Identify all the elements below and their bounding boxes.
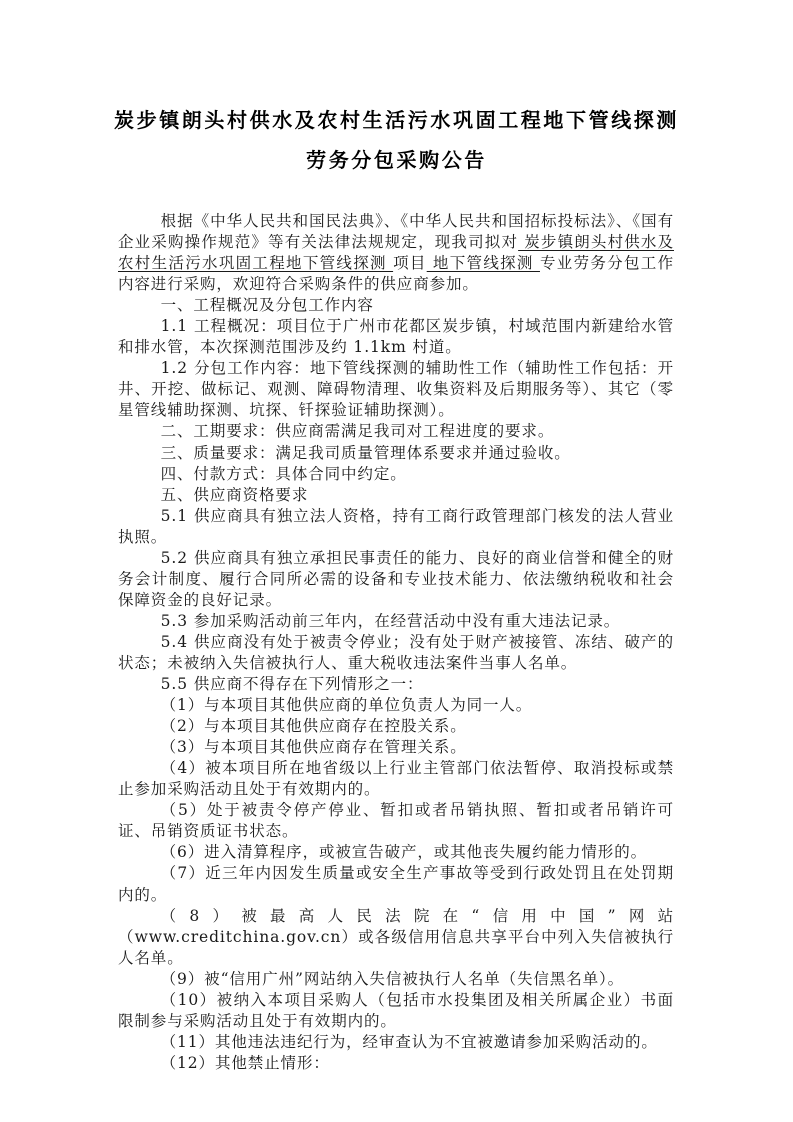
exclusion-item-5: （5）处于被责令停产停业、暂扣或者吊销执照、暂扣或者吊销许可证、吊销资质证书状态… <box>118 800 674 842</box>
section-5-1: 5.1 供应商具有独立法人资格，持有工商行政管理部门核发的法人营业执照。 <box>118 506 674 548</box>
section-2-schedule: 二、工期要求：供应商需满足我司对工程进度的要求。 <box>118 421 674 442</box>
section-5-3: 5.3 参加采购活动前三年内，在经营活动中没有重大违法记录。 <box>118 611 674 632</box>
exclusion-item-10: （10）被纳入本项目采购人（包括市水投集团及相关所属企业）书面限制参与采购活动且… <box>118 990 674 1032</box>
section-heading-5: 五、供应商资格要求 <box>118 485 674 506</box>
exclusion-item-11: （11）其他违法违纪行为，经审查认为不宜被邀请参加采购活动的。 <box>118 1032 674 1053</box>
exclusion-item-4: （4）被本项目所在地省级以上行业主管部门依法暂停、取消投标或禁止参加采购活动且处… <box>118 758 674 800</box>
document-title: 炭步镇朗头村供水及农村生活污水巩固工程地下管线探测 <box>0 106 793 134</box>
exclusion-item-7: （7）近三年内因发生质量或安全生产事故等受到行政处罚且在处罚期内的。 <box>118 863 674 905</box>
document-subtitle: 劳务分包采购公告 <box>0 146 793 174</box>
document-page: 炭步镇朗头村供水及农村生活污水巩固工程地下管线探测 劳务分包采购公告 根据《中华… <box>0 0 793 1122</box>
intro-text-2: 项目 <box>393 254 427 272</box>
exclusion-item-2: （2）与本项目其他供应商存在控股关系。 <box>118 716 674 737</box>
work-name-underlined: 地下管线探测 <box>427 254 540 272</box>
exclusion-item-9: （9）被“信用广州”网站纳入失信被执行人名单（失信黑名单）。 <box>118 969 674 990</box>
exclusion-item-12: （12）其他禁止情形： <box>118 1053 674 1074</box>
section-1-1-project-overview: 1.1 工程概况：项目位于广州市花都区炭步镇，村域范围内新建给水管和排水管，本次… <box>118 316 674 358</box>
section-1-2-subcontract-scope: 1.2 分包工作内容：地下管线探测的辅助性工作（辅助性工作包括：开井、开挖、做标… <box>118 358 674 421</box>
exclusion-item-3: （3）与本项目其他供应商存在管理关系。 <box>118 737 674 758</box>
exclusion-item-6: （6）进入清算程序，或被宣告破产，或其他丧失履约能力情形的。 <box>118 842 674 863</box>
document-body: 根据《中华人民共和国民法典》、《中华人民共和国招标投标法》、《国有企业采购操作规… <box>118 211 674 1074</box>
section-5-4: 5.4 供应商没有处于被责令停业；没有处于财产被接管、冻结、破产的状态；未被纳入… <box>118 632 674 674</box>
section-4-payment: 四、付款方式：具体合同中约定。 <box>118 464 674 485</box>
intro-paragraph: 根据《中华人民共和国民法典》、《中华人民共和国招标投标法》、《国有企业采购操作规… <box>118 211 674 295</box>
section-heading-1: 一、工程概况及分包工作内容 <box>118 295 674 316</box>
section-3-quality: 三、质量要求：满足我司质量管理体系要求并通过验收。 <box>118 443 674 464</box>
exclusion-item-1: （1）与本项目其他供应商的单位负责人为同一人。 <box>118 695 674 716</box>
section-5-5: 5.5 供应商不得存在下列情形之一： <box>118 674 674 695</box>
exclusion-item-8: （8）被最高人民法院在“信用中国”网站（www.creditchina.gov.… <box>118 906 674 969</box>
section-5-2: 5.2 供应商具有独立承担民事责任的能力、良好的商业信誉和健全的财务会计制度、履… <box>118 548 674 611</box>
